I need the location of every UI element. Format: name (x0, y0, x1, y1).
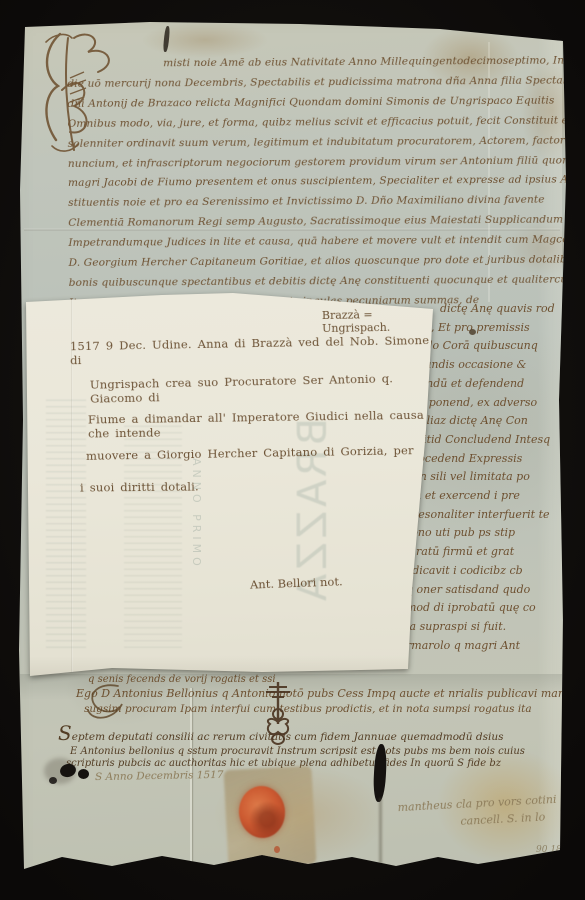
note-shading (22, 656, 442, 682)
print-bleedthrough-column (46, 398, 86, 648)
note-line: 1517 9 Dec. Udine. Anna di Brazzà ved de… (70, 333, 442, 367)
chancery-annotation: mantheus cla pro vors cotini cancell. S.… (397, 791, 558, 833)
note-line: Fiume a dimandar all' Imperatore Giudici… (88, 408, 442, 441)
corner-mark: 90 18 (536, 845, 562, 855)
note-signature: Ant. Bellori not. (250, 574, 343, 591)
manuscript-line: scripturis pubcis ac aucthoritas hic et … (66, 758, 585, 769)
wax-fleck (274, 846, 280, 853)
ink-blot (49, 777, 57, 784)
notary-subscription-block: q senis fecends de vorij rogatis et ssi … (58, 674, 585, 769)
manuscript-line: Ego D Antonius Bellonius q Antonio notō … (76, 687, 585, 700)
ink-fleck (469, 329, 476, 335)
note-line: Ungrispach crea suo Procuratore Ser Anto… (90, 370, 443, 405)
date-line: S Anno Decembris 1517 (95, 769, 224, 783)
note-line: muovere a Giorgio Hercher Capitano di Go… (86, 443, 414, 463)
manuscript-line: E Antonius bellonius q sstum procuravit … (70, 746, 585, 757)
archival-scan: misti noie Amē ab eius Nativitate Anno M… (0, 0, 585, 900)
note-heading: Brazzà = Ungrispach. (322, 307, 442, 335)
manuscript-page: misti noie Amē ab eius Nativitate Anno M… (0, 0, 585, 900)
notary-sign-icon (258, 680, 298, 746)
manuscript-line: sugsim procuram Ipam interfui cum testib… (84, 703, 585, 715)
note-line: i suoi diritti dotali. (80, 479, 199, 494)
manuscript-upper-block: misti noie Amē ab eius Nativitate Anno M… (67, 51, 585, 314)
ego-initial-flourish (84, 680, 128, 722)
archivist-note: ANNO PRIMO BRAZZA Brazzà = Ungrispach. 1… (22, 290, 442, 682)
manuscript-line: Septem deputati consilii ac rerum civita… (58, 721, 585, 745)
tear-crease (379, 798, 382, 868)
ink-blot (78, 769, 89, 779)
note-paper: ANNO PRIMO BRAZZA Brazzà = Ungrispach. 1… (22, 290, 442, 682)
